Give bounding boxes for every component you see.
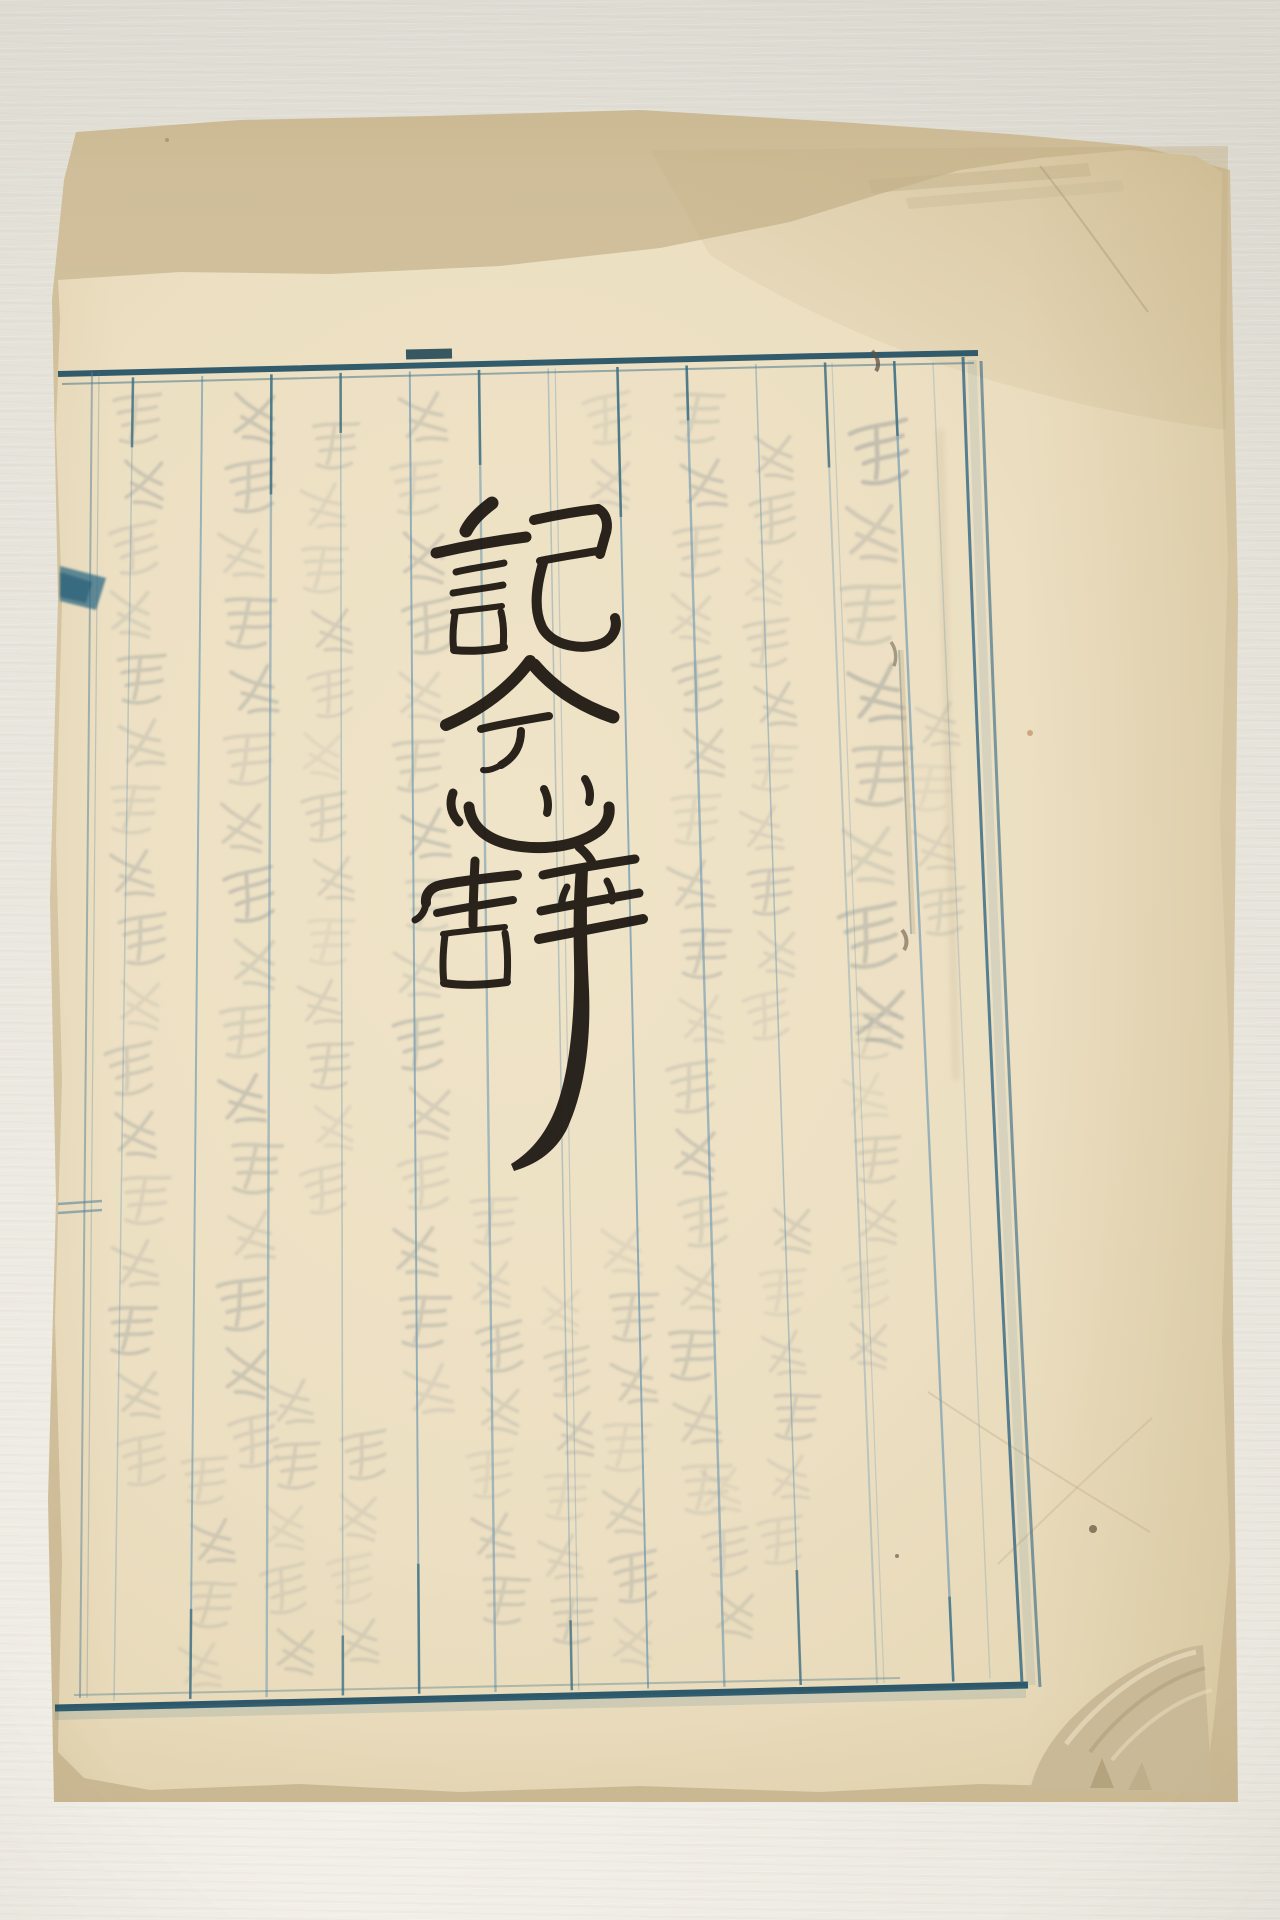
binding-cord <box>901 650 913 934</box>
stitch-hole-bottom <box>902 930 906 950</box>
cover-artwork-layer <box>0 0 1280 1920</box>
title-calligraphy <box>415 503 643 1171</box>
folded-corner-flap <box>1030 1645 1212 1792</box>
stitch-hole-middle <box>891 642 896 666</box>
photo-of-manuscript-cover: 記念辞 記念辞 記念行事 의懷胞가 <box>0 0 1280 1920</box>
